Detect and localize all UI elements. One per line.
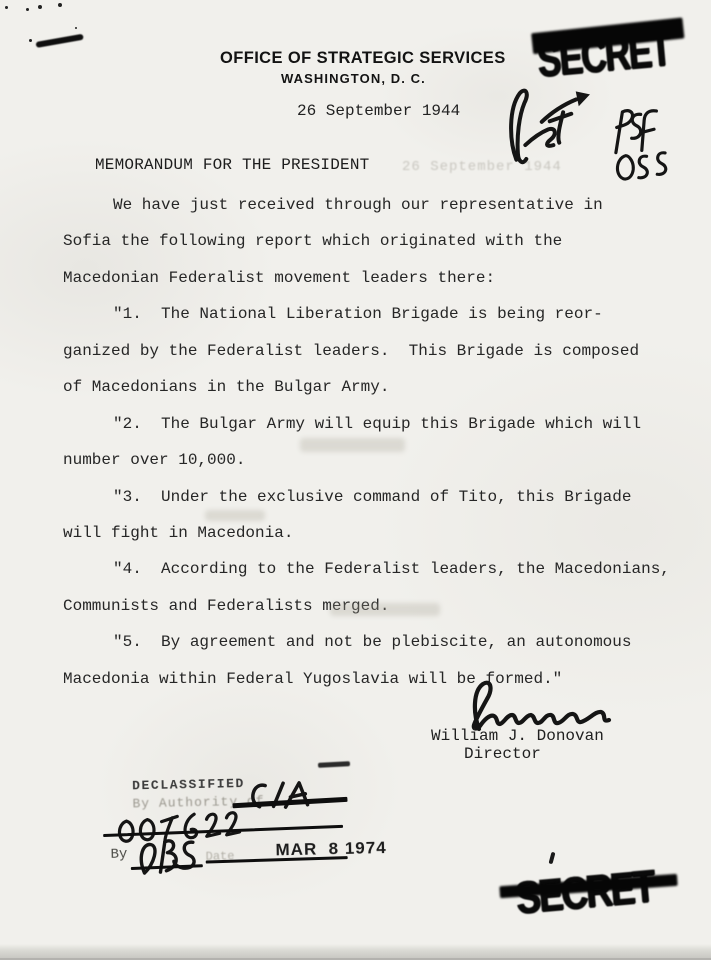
declassified-label: DECLASSIFIED xyxy=(132,776,245,793)
scan-speck xyxy=(38,5,42,9)
cia-handwriting xyxy=(247,778,320,812)
arrow-head-icon xyxy=(576,90,591,106)
stray-mark xyxy=(549,852,556,865)
scan-speck xyxy=(58,3,62,7)
body-line: "4. According to the Federalist leaders,… xyxy=(63,551,663,587)
body-line: ganized by the Federalist leaders. This … xyxy=(63,333,663,369)
body-line: Sofia the following report which origina… xyxy=(63,223,663,259)
declassified-stamp: DECLASSIFIED By Authority of By Date MAR… xyxy=(99,769,391,883)
stray-mark xyxy=(318,761,350,768)
bleedthrough-blob xyxy=(330,603,440,616)
bleedthrough-blob xyxy=(205,510,265,521)
oss-handwriting xyxy=(611,146,671,184)
body-line: We have just received through our repres… xyxy=(63,187,663,223)
donovan-signature xyxy=(449,679,617,733)
body-line: of Macedonians in the Bulgar Army. xyxy=(63,369,663,405)
body-line: will fight in Macedonia. xyxy=(63,515,663,551)
secret-stamp-bottom: SECRET xyxy=(508,856,693,931)
scan-speck xyxy=(75,27,77,29)
file-note-handwriting xyxy=(495,80,612,170)
letterhead-org: OFFICE OF STRATEGIC SERVICES xyxy=(220,49,506,68)
body-line: "5. By agreement and not be plebiscite, … xyxy=(63,624,663,660)
body-line: "3. Under the exclusive command of Tito,… xyxy=(63,479,663,515)
initials-handwriting xyxy=(133,834,207,880)
scan-speck xyxy=(5,6,8,9)
bleedthrough-blob xyxy=(300,438,405,452)
body-line: "1. The National Liberation Brigade is b… xyxy=(63,296,663,332)
signature-title: Director xyxy=(464,745,541,763)
scan-speck xyxy=(26,8,29,11)
body-line: Macedonian Federalist movement leaders t… xyxy=(63,260,663,296)
letterhead-date: 26 September 1944 xyxy=(297,102,460,120)
memo-subject: MEMORANDUM FOR THE PRESIDENT xyxy=(95,156,369,174)
scan-speck xyxy=(29,39,32,42)
body-line: "2. The Bulgar Army will equip this Brig… xyxy=(63,406,663,442)
document-page: OFFICE OF STRATEGIC SERVICES WASHINGTON,… xyxy=(0,0,711,960)
ghost-date-bleedthrough: 26 September 1944 xyxy=(402,159,562,175)
signature-name: William J. Donovan xyxy=(431,727,604,745)
scan-edge xyxy=(0,944,711,960)
secret-stamp-top: SECRET xyxy=(531,14,711,92)
by-label: By xyxy=(110,846,127,862)
pencil-dash-mark xyxy=(35,34,83,48)
letterhead-location: WASHINGTON, D. C. xyxy=(281,71,426,86)
